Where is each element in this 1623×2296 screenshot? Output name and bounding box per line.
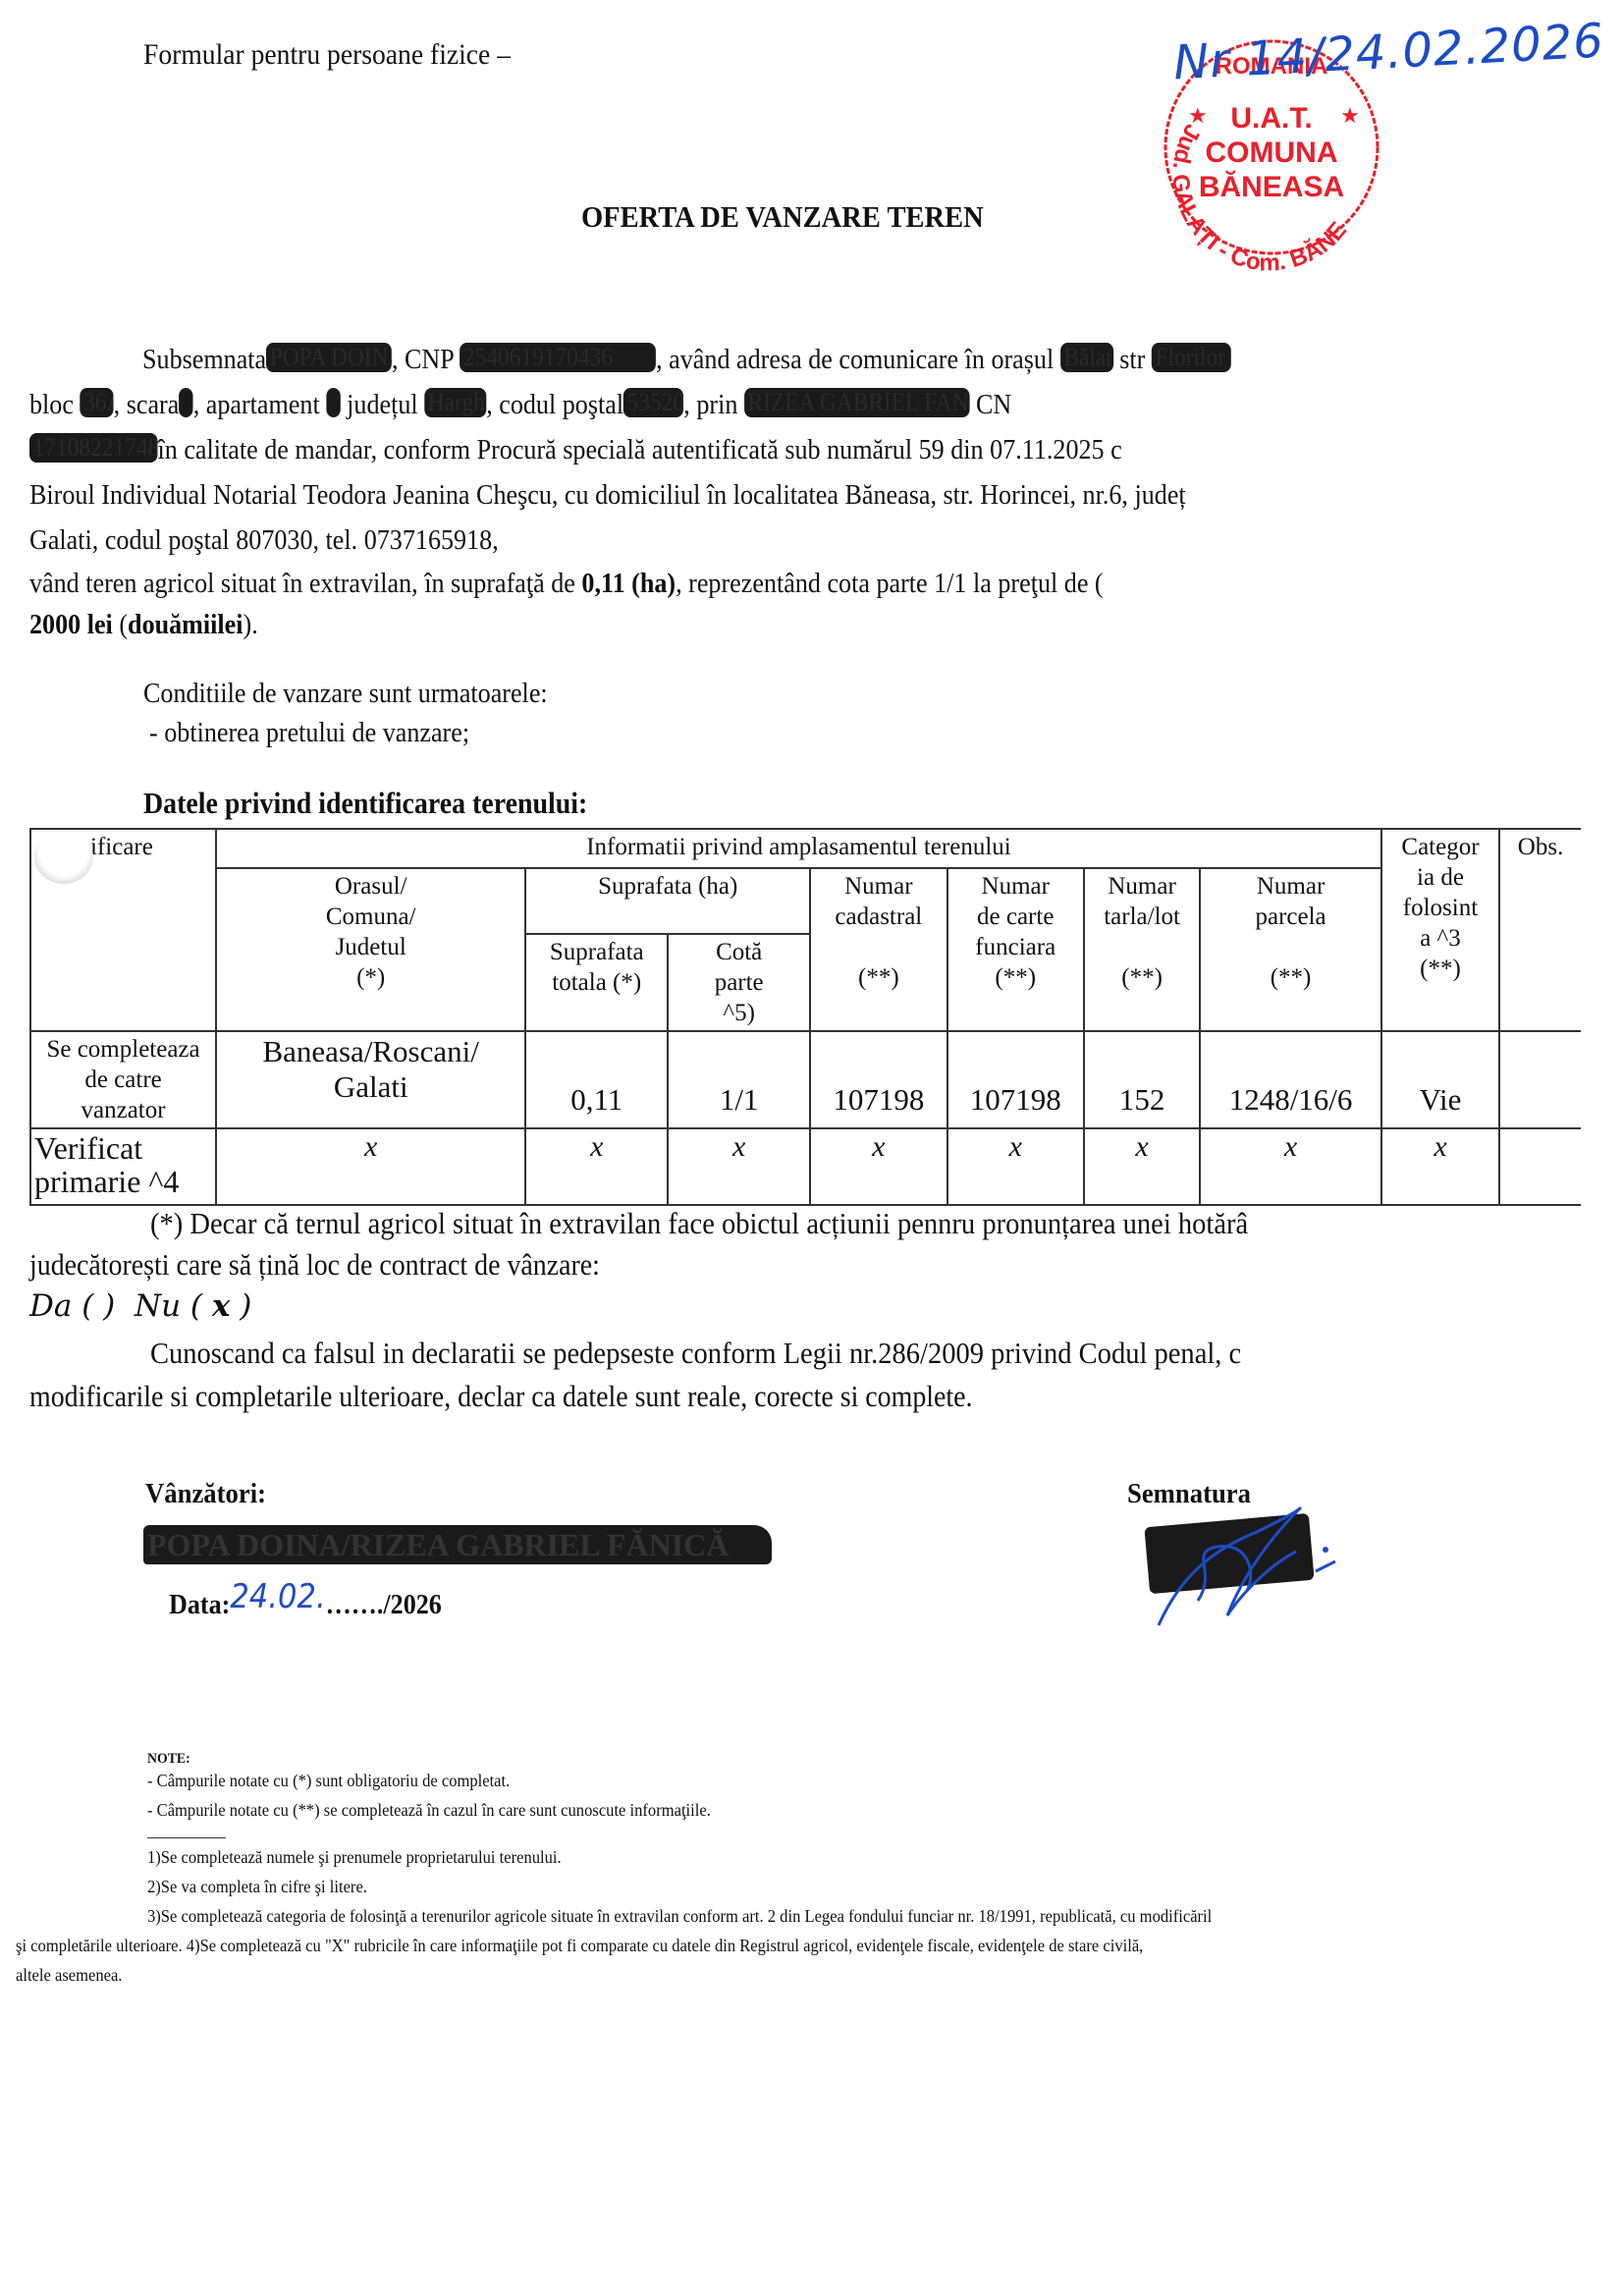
header-share: Cotă parte ^5) xyxy=(668,934,810,1031)
date-handwritten: 24.02. xyxy=(230,1577,325,1616)
court-clause-line-1: (*) Decar că ternul agricol situat în ex… xyxy=(29,1206,1581,1241)
land-identification-table: ificare Informatii privind amplasamentul… xyxy=(29,828,1581,1206)
header-tarla: Numar tarla/lot (**) xyxy=(1084,868,1200,1031)
redacted-proxy-cnp: 1710822174898 xyxy=(29,433,158,463)
declaration-line-5: Galati, codul poştal 807030, tel. 073716… xyxy=(29,522,1581,558)
footnote: şi completările ulterioare. 4)Se complet… xyxy=(16,1935,1143,1957)
stamp-line-3: BĂNEASA xyxy=(1199,170,1344,203)
notes-heading: NOTE: xyxy=(147,1748,190,1771)
header-cadastral: Numar cadastral (**) xyxy=(810,868,947,1031)
sellers-label: Vânzători: xyxy=(145,1478,266,1510)
redacted-block: 36A xyxy=(80,388,113,417)
court-clause-line-2: judecătorești care să țină loc de contra… xyxy=(29,1247,1581,1283)
declaration-line-2: bloc 36A, scara , apartament județul Har… xyxy=(29,387,1581,422)
declaration-line-1: SubsemnataPOPA DOINA, CNP 2540619170436,… xyxy=(29,342,1581,377)
document-title: OFERTA DE VANZARE TEREN xyxy=(581,199,984,235)
redacted-scara xyxy=(179,388,192,417)
redacted-name: POPA DOINA xyxy=(266,343,392,372)
registration-number-handwritten: Nr 14/24.02.2026 xyxy=(1172,14,1605,91)
stamp-line-1: U.A.T. xyxy=(1230,102,1312,135)
redacted-postal-code: 535200 xyxy=(623,388,683,417)
footnote: 1)Se completează numele şi prenumele pro… xyxy=(147,1846,562,1869)
header-area-group: Suprafata (ha) xyxy=(525,868,810,934)
footnote: 3)Se completează categoria de folosinţă … xyxy=(147,1905,1212,1928)
price-in-words: douămiilei xyxy=(128,609,243,640)
star-icon: ★ xyxy=(1340,103,1360,128)
header-location: Orasul/ Comuna/ Judetul (*) xyxy=(216,868,525,1031)
land-section-heading: Datele privind identificarea terenului: xyxy=(143,786,587,821)
note-item: - Câmpurile notate cu (**) se completeaz… xyxy=(147,1799,711,1822)
signature-scribble-icon xyxy=(1139,1493,1365,1630)
redacted-proxy-name: RIZEA GABRIEL FANICA xyxy=(744,388,970,417)
hole-punch-mark xyxy=(34,830,93,884)
header-area-total: Suprafata totala (*) xyxy=(525,934,668,1031)
option-no: Nu ( x ) xyxy=(135,1288,251,1324)
declaration-line-3: 1710822174898în calitate de mandar, conf… xyxy=(29,432,1581,467)
redacted-cnp: 2540619170436 xyxy=(460,343,656,372)
header-land-book: Numar de carte funciara (**) xyxy=(947,868,1084,1031)
declaration-line-4: Biroul Individual Notarial Teodora Jeani… xyxy=(29,477,1581,513)
redacted-street: Florilor xyxy=(1152,343,1231,372)
redacted-sellers-names: POPA DOINA/RIZEA GABRIEL FĂNICĂ xyxy=(143,1525,772,1564)
penalty-clause-line-2: modificarile si completarile ulterioare,… xyxy=(29,1379,1581,1414)
option-yes: Da ( ) xyxy=(29,1288,115,1324)
header-parcel: Numar parcela (**) xyxy=(1200,868,1381,1031)
header-category: Categor ia de folosint a ^3 (**) xyxy=(1381,829,1499,1031)
option-no-checked-mark: x xyxy=(212,1288,230,1324)
court-clause-options: Da ( ) Nu ( x ) xyxy=(29,1288,1581,1324)
table-row-seller: Se completeaza de catre vanzator Baneasa… xyxy=(30,1031,1581,1128)
conditions-heading: Conditiile de vanzare sunt urmatoarele: xyxy=(143,676,548,711)
footnote: 2)Se va completa în cifre şi litere. xyxy=(147,1876,367,1898)
stamp-line-2: COMUNA xyxy=(1206,137,1338,169)
redacted-county: Harghita xyxy=(424,388,486,417)
footnote-separator xyxy=(147,1837,226,1838)
table-row-verified: Verificat primarie ^4 x x x x x x x x xyxy=(30,1128,1581,1205)
star-icon: ★ xyxy=(1188,103,1208,128)
date-field: Data:24.02.……./2026 xyxy=(169,1583,442,1622)
header-location-group: Informatii privind amplasamentul terenul… xyxy=(216,829,1381,868)
declaration-line-7: 2000 lei (douămiilei). xyxy=(29,607,1581,642)
price-value: 2000 lei xyxy=(29,609,113,640)
note-item: - Câmpurile notate cu (*) sunt obligator… xyxy=(147,1770,510,1792)
area-value: 0,11 xyxy=(581,568,624,599)
redacted-city: Bălan xyxy=(1060,343,1113,372)
condition-item: - obtinerea pretului de vanzare; xyxy=(149,715,469,750)
declaration-line-6: vând teren agricol situat în extravilan,… xyxy=(29,566,1581,601)
footnote: altele asemenea. xyxy=(16,1964,123,1987)
penalty-clause-line-1: Cunoscand ca falsul in declaratii se ped… xyxy=(29,1336,1581,1371)
redacted-apartment xyxy=(326,388,340,417)
header-obs: Obs. xyxy=(1499,829,1581,1031)
form-type-label: Formular pentru persoane fizice – xyxy=(143,37,511,73)
